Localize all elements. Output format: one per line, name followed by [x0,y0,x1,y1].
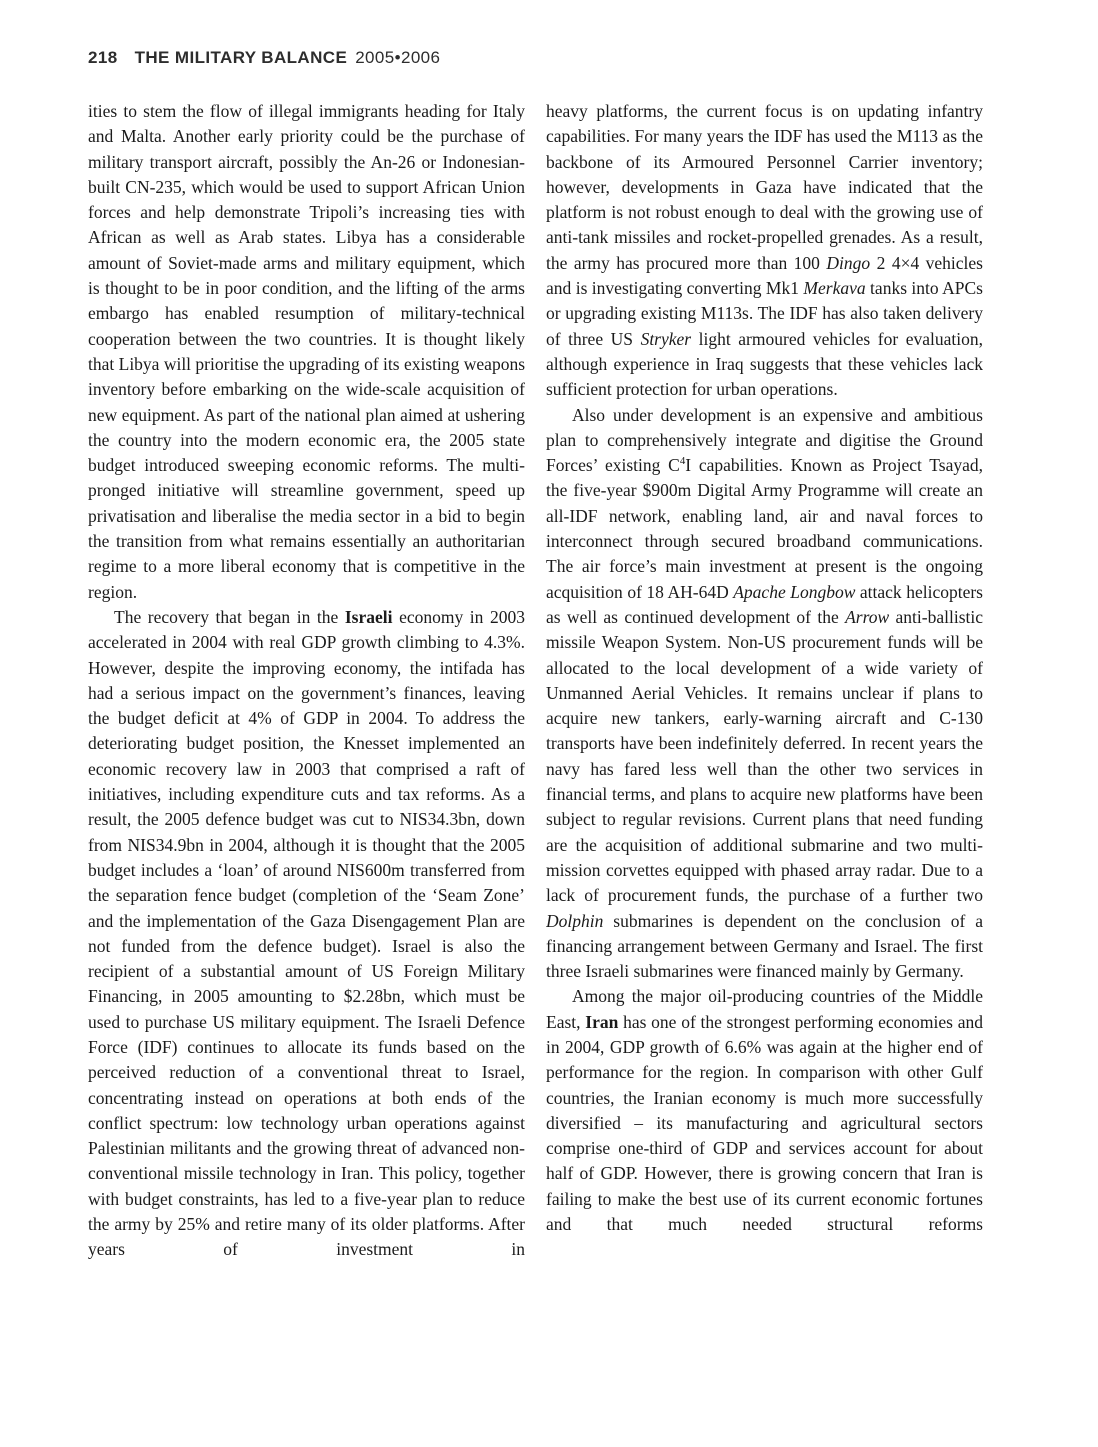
text-run: Israeli [345,607,393,627]
text-run: Iran [585,1012,618,1032]
paragraph: ities to stem the flow of illegal immigr… [88,99,525,605]
document-page: 218THE MILITARY BALANCE2005•2006 ities t… [0,0,1098,1447]
text-run: Arrow [845,607,889,627]
paragraph: The recovery that began in the Israeli e… [88,605,525,1263]
edition-year: 2005•2006 [355,48,440,67]
paragraph: Among the major oil-producing countries … [546,984,983,1237]
text-run: Dingo [826,253,870,273]
right-column: heavy platforms, the current focus is on… [546,99,983,1399]
paragraph: heavy platforms, the current focus is on… [546,99,983,403]
page-number: 218 [88,48,118,67]
page-header: 218THE MILITARY BALANCE2005•2006 [88,48,440,68]
two-column-text-body: ities to stem the flow of illegal immigr… [88,99,983,1399]
book-title: THE MILITARY BALANCE [135,48,348,67]
left-column: ities to stem the flow of illegal immigr… [88,99,525,1399]
paragraph: Also under development is an expensive a… [546,403,983,985]
text-run: Apache Longbow [733,582,855,602]
text-run: Stryker [641,329,692,349]
text-run: 4 [680,455,685,467]
text-run: Merkava [803,278,865,298]
text-run: Dolphin [546,911,603,931]
